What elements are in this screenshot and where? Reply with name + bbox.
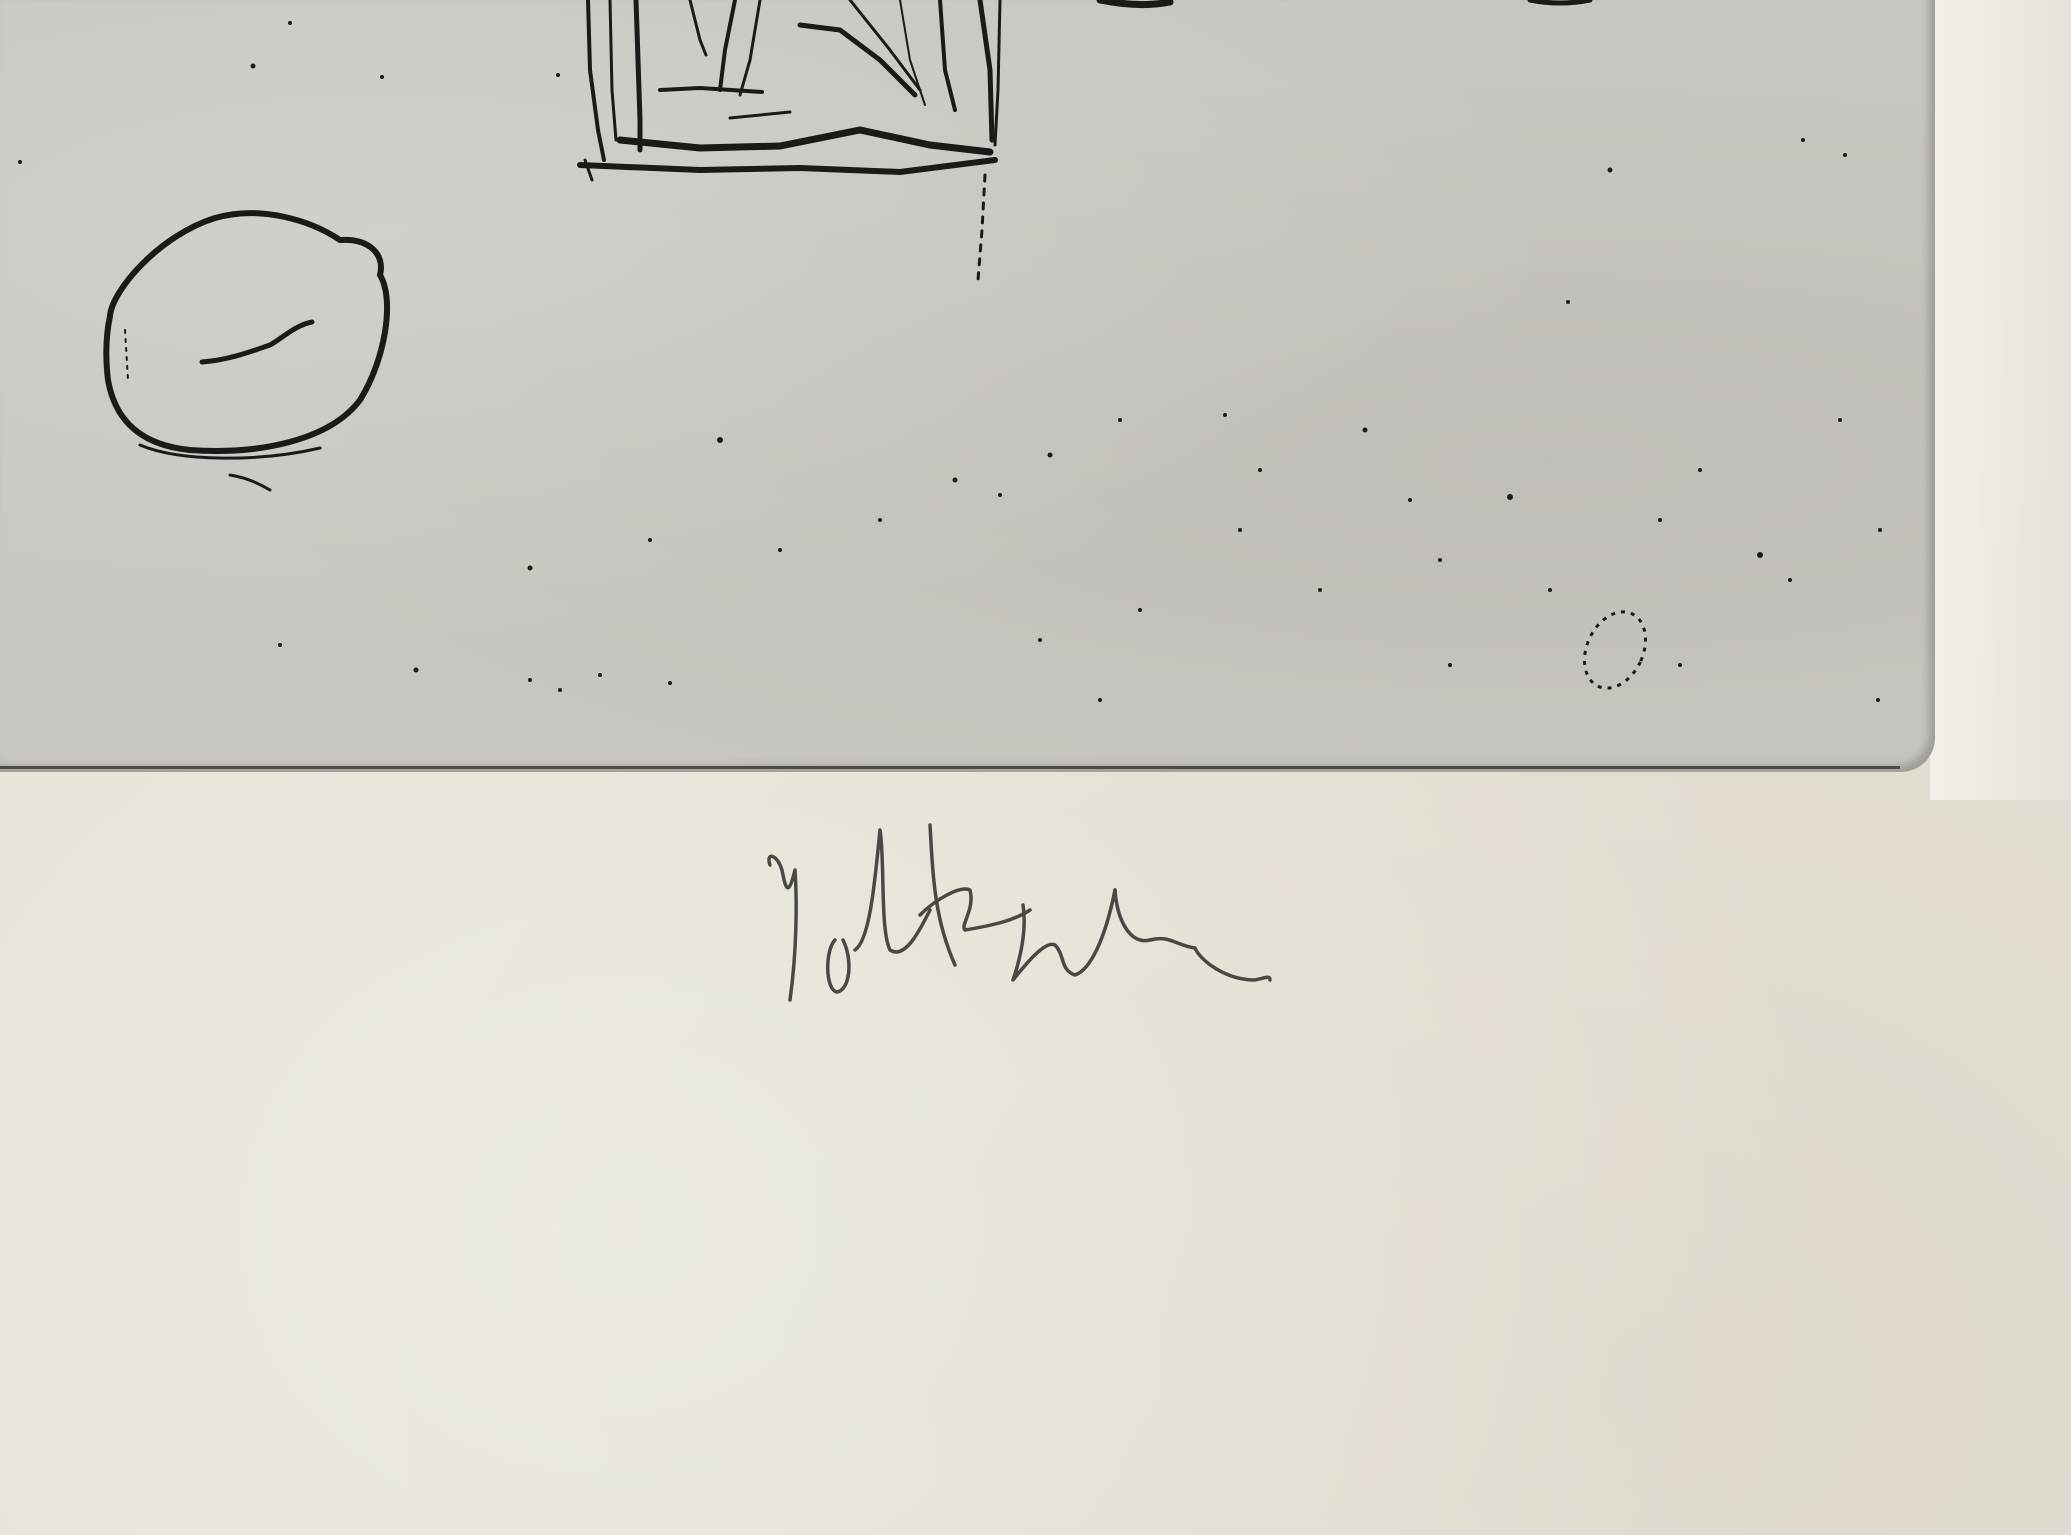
etching-drawing (0, 0, 2071, 1535)
stipple-dots (18, 21, 1882, 702)
stone-shape (106, 213, 387, 490)
small-oval-mark (1573, 602, 1658, 698)
pencil-signature: Yoltzuhe (755, 800, 1475, 1020)
signature-scrawl (755, 800, 1475, 1020)
box-base (580, 0, 1590, 280)
